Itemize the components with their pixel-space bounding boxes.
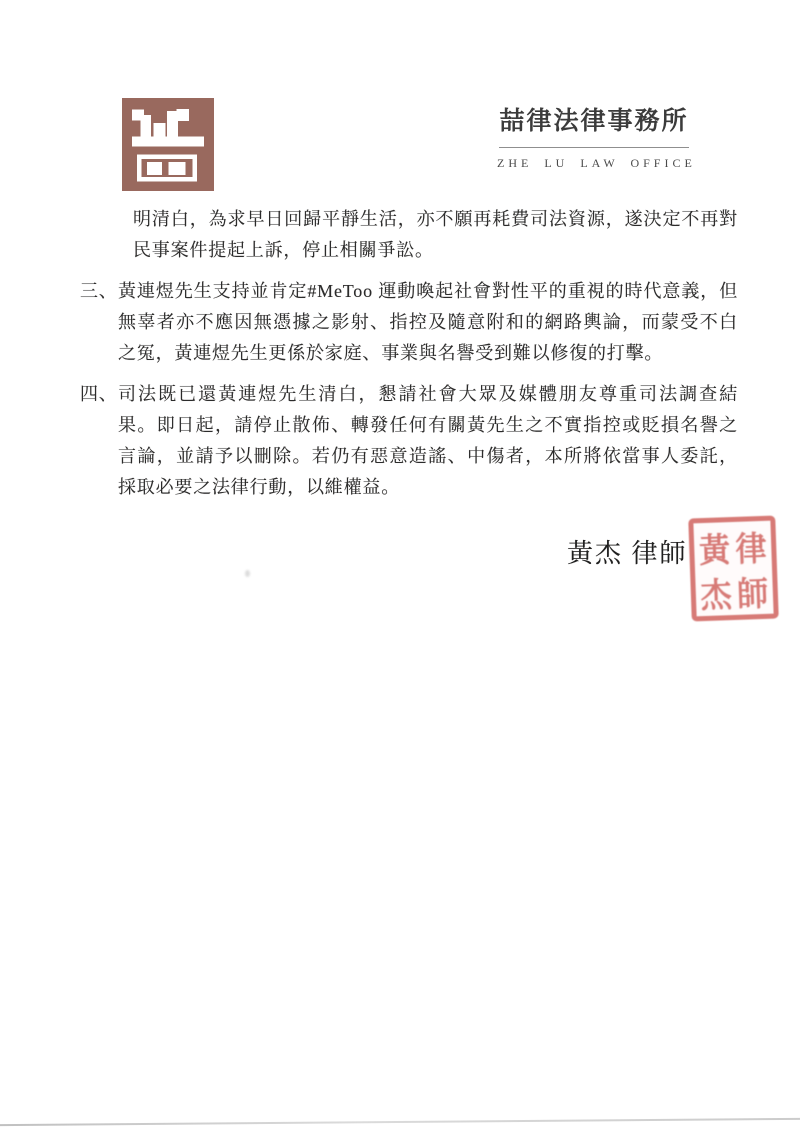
firm-name-chinese: 喆律法律事務所	[497, 107, 691, 137]
scanned-legal-letter-page: 喆律法律事務所 ZHE LU LAW OFFICE 明清白，為求早日回歸平靜生活…	[0, 0, 800, 1131]
lawyer-red-seal-stamp: 黃 律 杰 師	[688, 516, 779, 622]
list-item-marker: 三、	[80, 276, 118, 369]
seal-char: 黃	[695, 522, 733, 572]
list-item-text: 黃連煜先生支持並肯定#MeToo 運動喚起社會對性平的重視的時代意義，但無辜者亦…	[118, 276, 738, 369]
list-item-three: 三、 黃連煜先生支持並肯定#MeToo 運動喚起社會對性平的重視的時代意義，但無…	[80, 276, 738, 369]
seal-char: 杰	[697, 567, 735, 617]
list-item-four: 四、 司法既已還黃連煜先生清白，懇請社會大眾及媒體朋友尊重司法調查結果。即日起，…	[80, 379, 738, 503]
firm-name-block: 喆律法律事務所 ZHE LU LAW OFFICE	[497, 107, 691, 171]
seal-char: 師	[733, 566, 771, 616]
paragraph-continuation: 明清白，為求早日回歸平靜生活，亦不願再耗費司法資源，遂決定不再對民事案件提起上訴…	[133, 204, 738, 266]
header-divider	[499, 147, 689, 148]
law-firm-logo-icon	[122, 98, 214, 191]
seal-char: 律	[732, 521, 770, 571]
list-item-text: 司法既已還黃連煜先生清白，懇請社會大眾及媒體朋友尊重司法調查結果。即日起，請停止…	[118, 379, 738, 503]
letter-body: 明清白，為求早日回歸平靜生活，亦不願再耗費司法資源，遂決定不再對民事案件提起上訴…	[80, 204, 738, 503]
list-item-marker: 四、	[80, 379, 118, 503]
firm-name-english: ZHE LU LAW OFFICE	[497, 156, 691, 171]
lawyer-signature: 黃杰 律師	[567, 533, 688, 570]
scan-speck	[245, 570, 250, 577]
scan-edge-line	[0, 1118, 800, 1126]
